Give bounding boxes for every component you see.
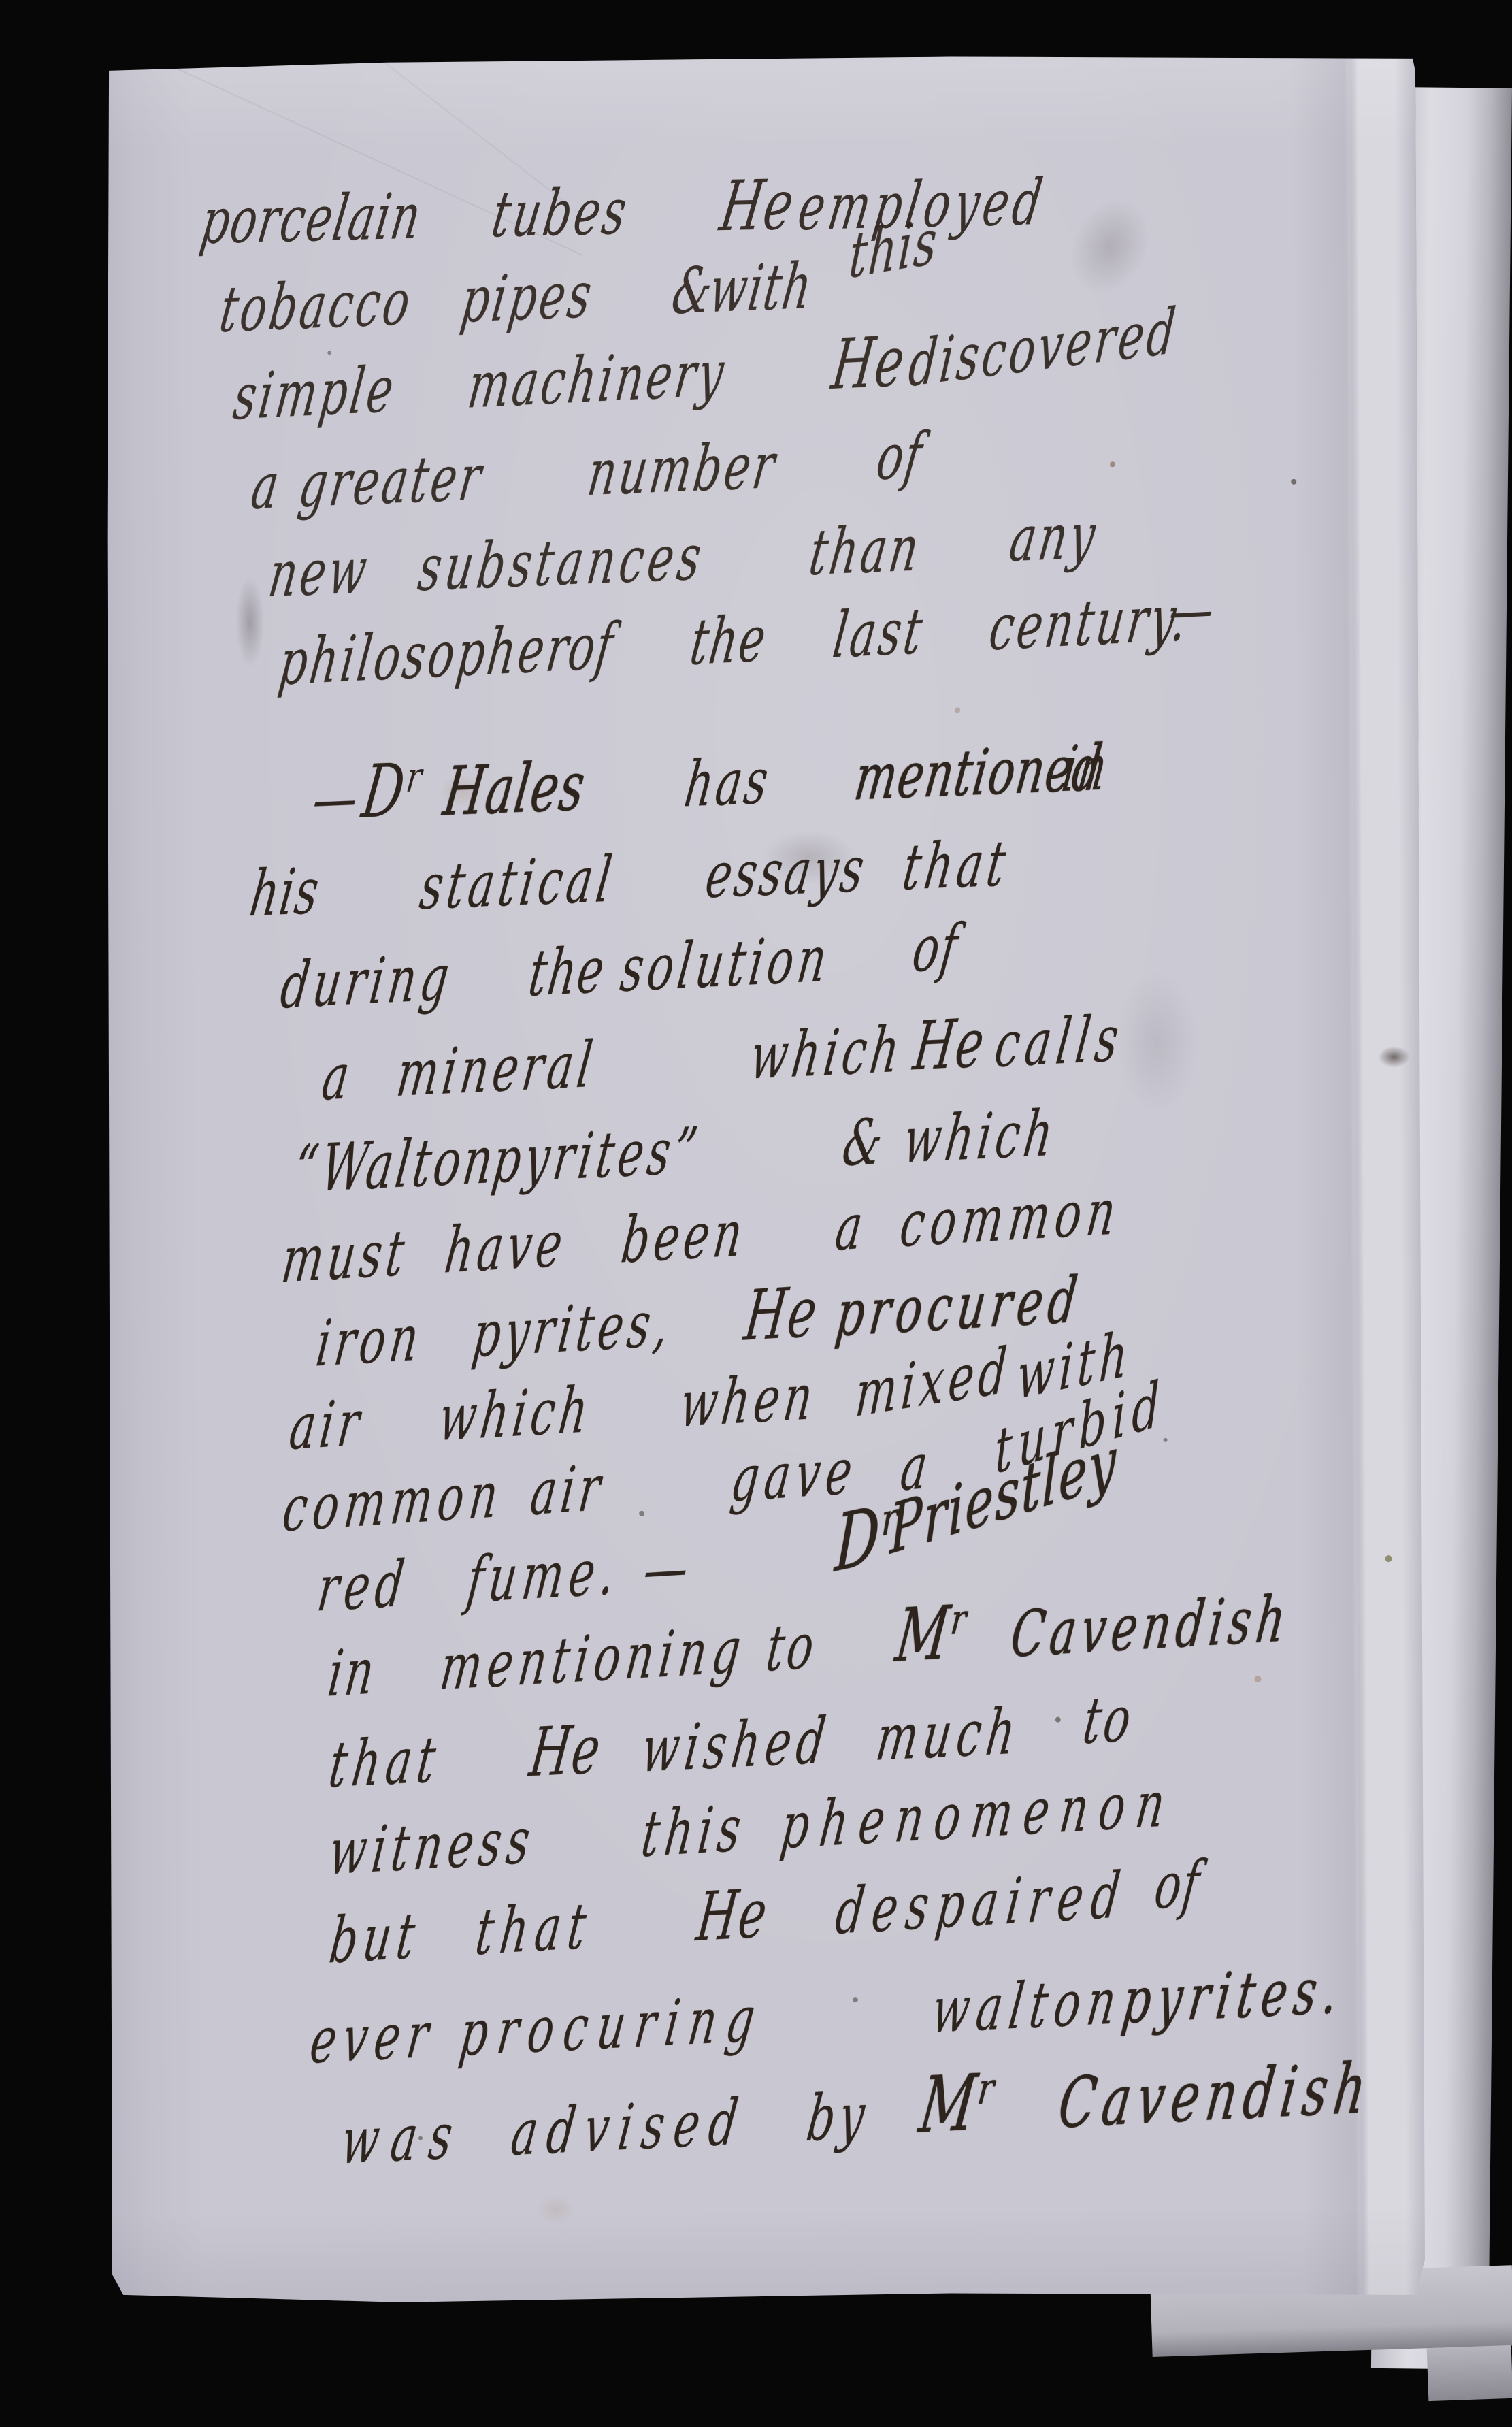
smudge-mark: [1099, 940, 1216, 1145]
under-sheet-edge-lower: [1427, 2345, 1512, 2401]
smudge-mark: [229, 557, 271, 687]
paper-crease: [299, 0, 570, 206]
smudge-mark: [1036, 163, 1185, 329]
paper-specks: [101, 61, 103, 64]
stain-mark: [528, 2189, 582, 2230]
paper-crease: [150, 56, 583, 256]
stain-mark: [431, 767, 492, 815]
smudge-mark: [744, 819, 874, 895]
photograph-canvas: porcelaintubesHeemployedtobaccopipes&wit…: [0, 0, 1512, 2427]
ink-fleck: [1373, 1043, 1415, 1071]
manuscript-sheet: [101, 54, 1427, 2304]
